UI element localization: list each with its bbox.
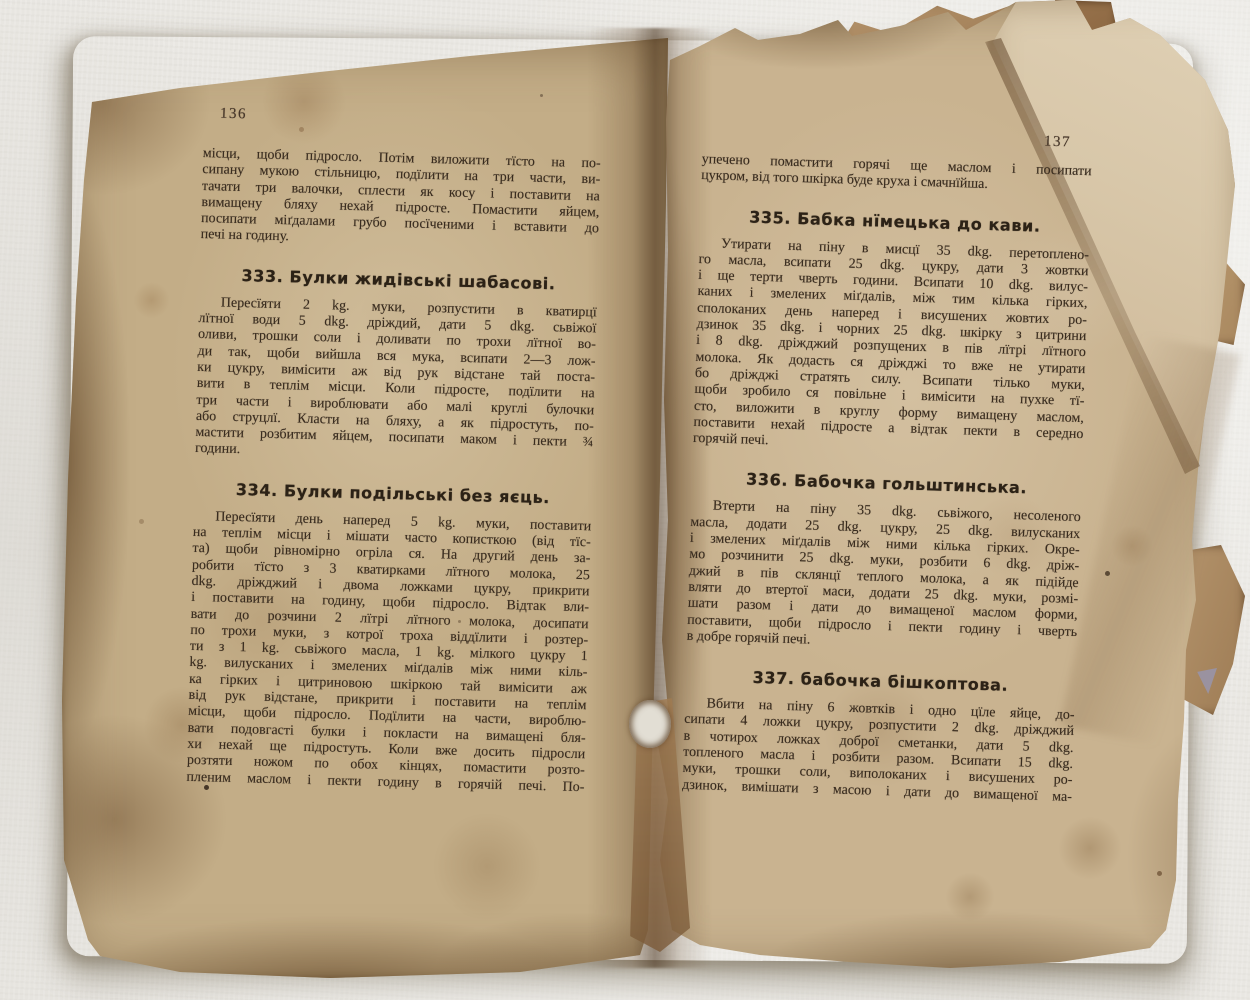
recipe-text-337: Вбити на піну 6 жовтків і одно цїле яйце… <box>682 696 1075 806</box>
page-number-right: 137 <box>1044 134 1072 152</box>
recipe-text-333: Пересїяти 2 kg. муки, розпустити в квати… <box>195 295 597 468</box>
paragraph-continuation: місци, щоби підросло. Потім виложити тїс… <box>200 146 600 254</box>
book-photo-scene: 136 137 місци, щоби підросло. Потім вило… <box>0 0 1250 1000</box>
recipe-heading-335: 335. Бабка нїмецька до кави. <box>700 206 1090 237</box>
right-page-text: упечено помастити горячі ще маслом і пос… <box>682 152 1092 806</box>
recipe-heading-333: 333. Булки жидівські шабасові. <box>199 265 597 294</box>
page-number-left: 136 <box>220 106 247 124</box>
recipe-text-334: Пересїяти день наперед 5 kg. муки, поста… <box>186 509 591 796</box>
ink-specks <box>0 0 3 3</box>
left-page-text: місци, щоби підросло. Потім виложити тїс… <box>186 146 601 796</box>
recipe-heading-334: 334. Булки подільські без яєць. <box>194 479 592 508</box>
recipe-text-335: Утирати на піну в мисцї 35 dkg. перетопл… <box>693 236 1089 460</box>
recipe-heading-336: 336. Бабочка гольштинська. <box>691 468 1081 499</box>
recipe-heading-337: 337. бабочка бішкоптова. <box>685 666 1075 697</box>
recipe-text-336: Втерти на піну 35 dkg. сьвіжого, несолен… <box>687 498 1081 657</box>
torn-notch-hole <box>629 700 671 748</box>
